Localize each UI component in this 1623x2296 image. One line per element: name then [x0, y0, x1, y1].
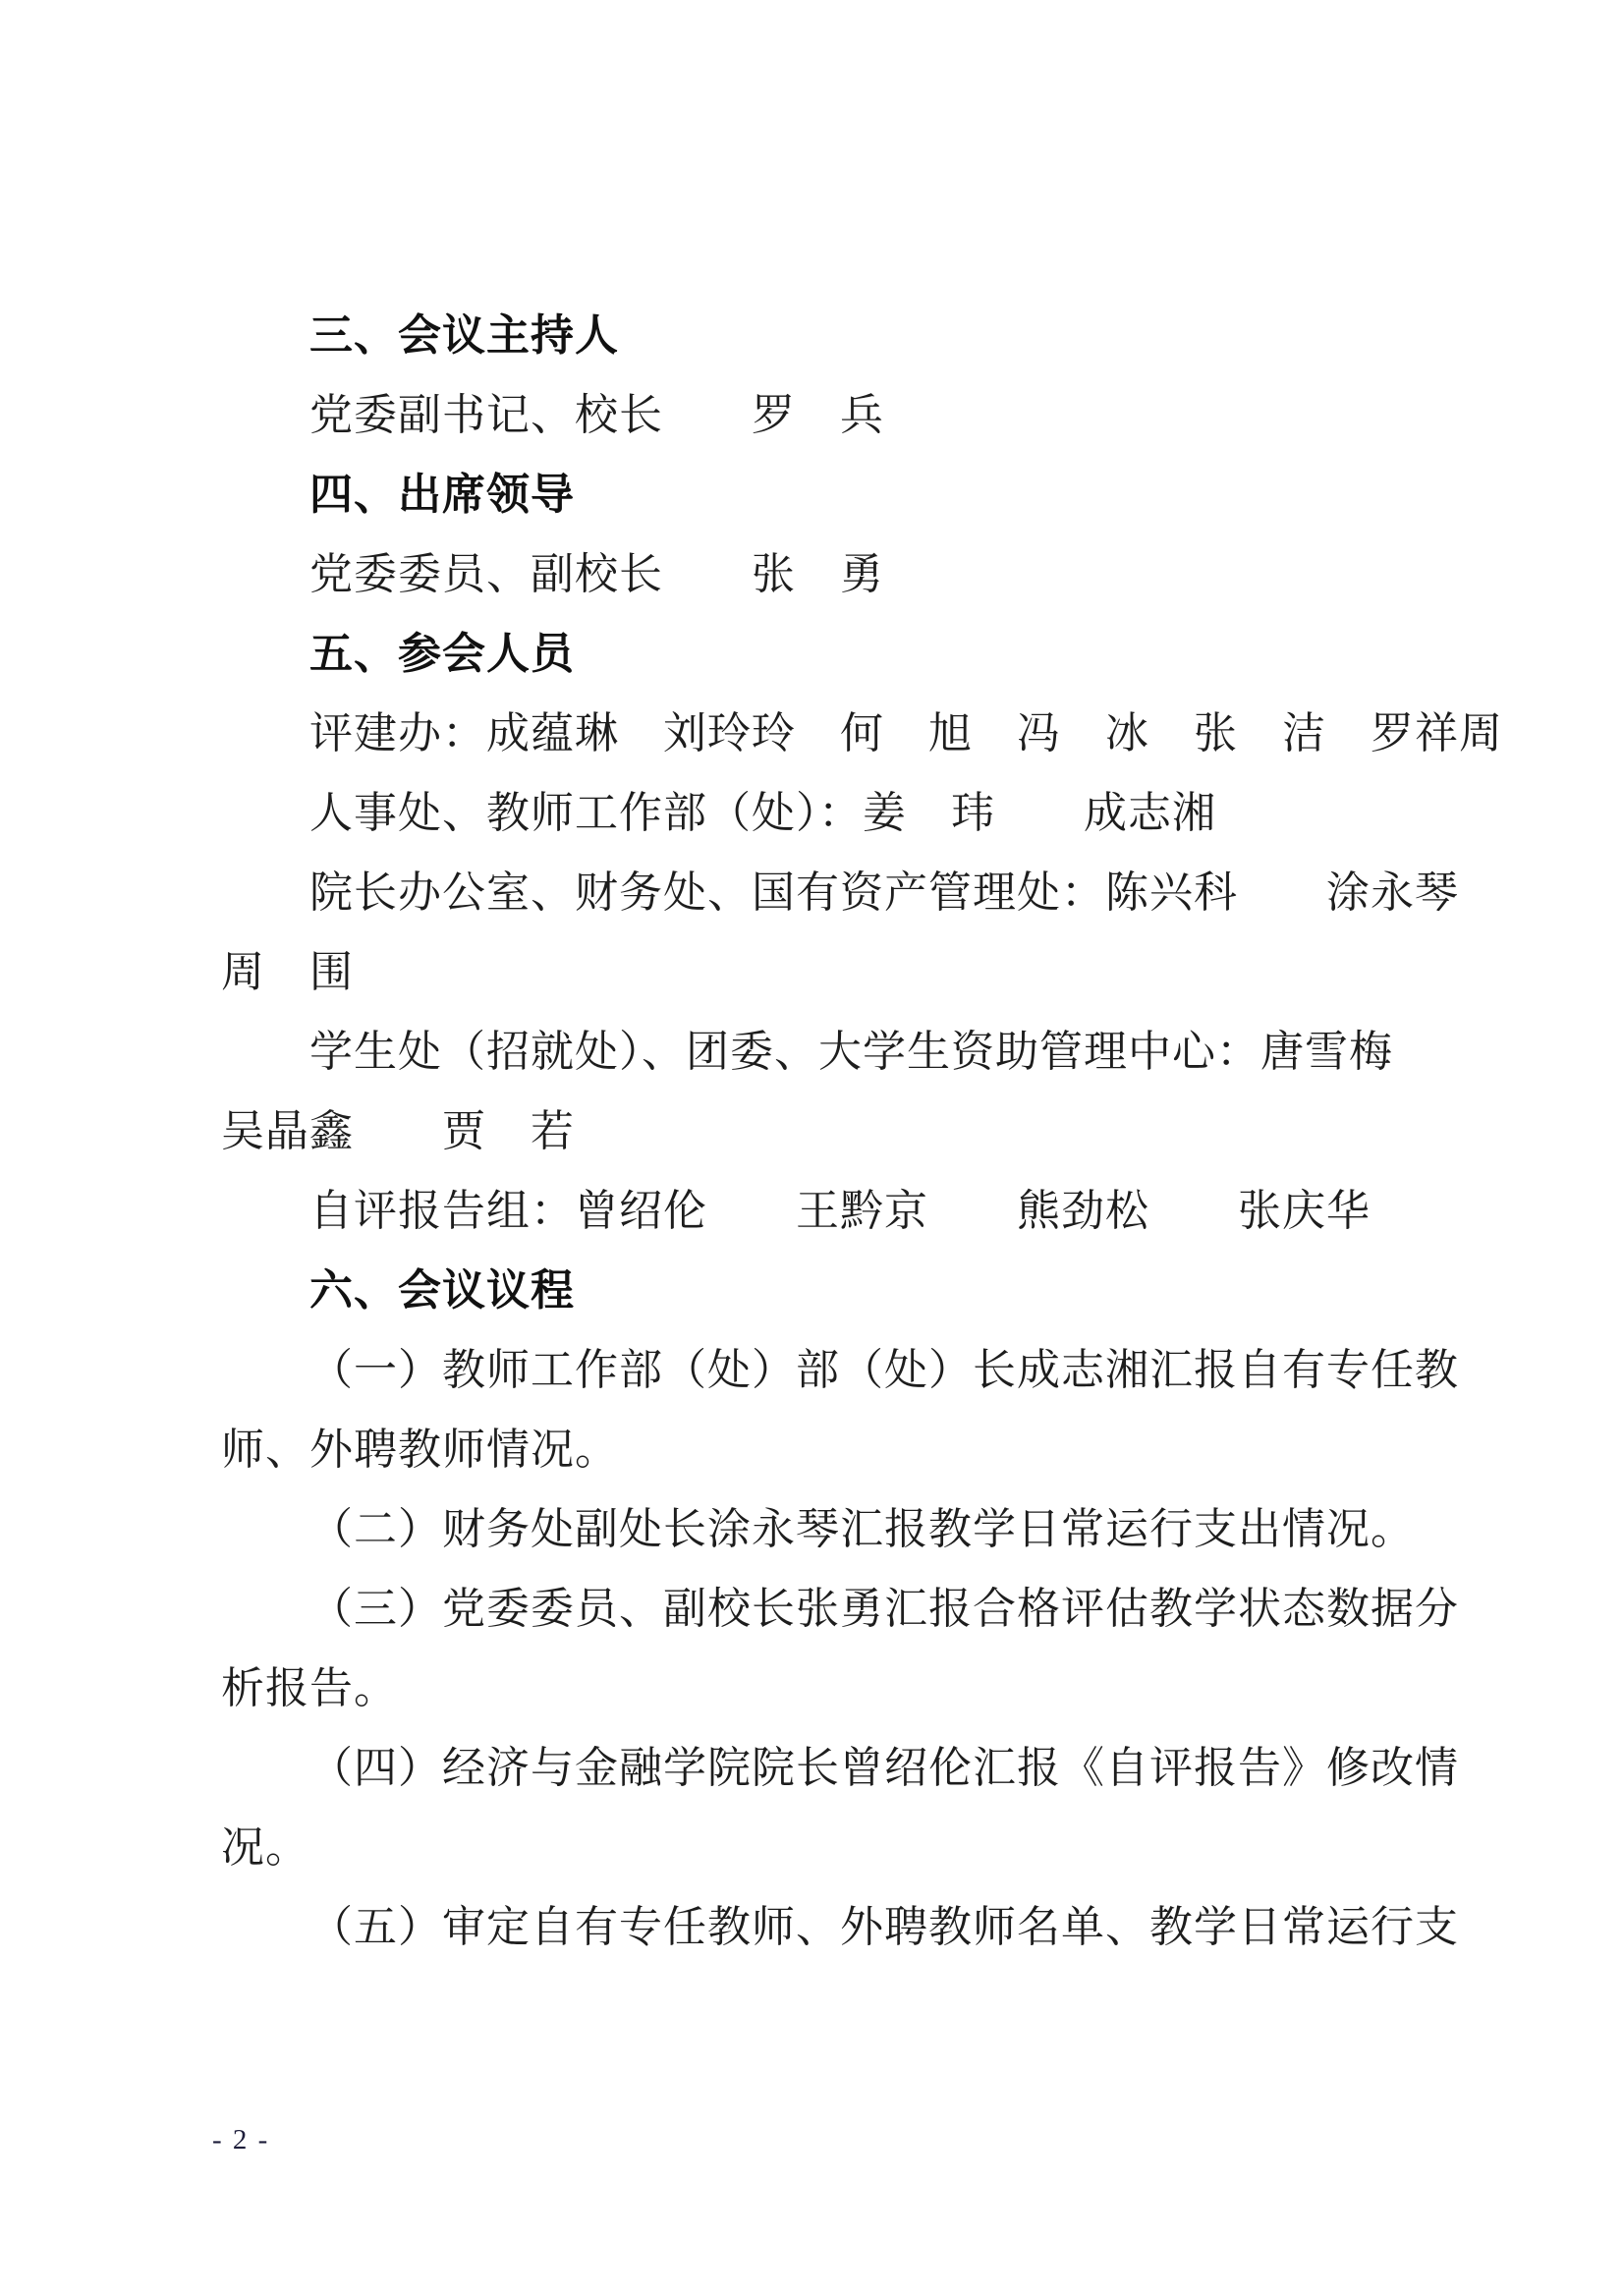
document-line: （五）审定自有专任教师、外聘教师名单、教学日常运行支: [221, 1882, 1468, 1962]
document-line: （三）党委委员、副校长张勇汇报合格评估教学状态数据分: [221, 1564, 1468, 1644]
document-line: 吴晶鑫 贾 若: [221, 1087, 1468, 1166]
document-line: 党委委员、副校长 张 勇: [221, 530, 1468, 609]
page-number: - 2 -: [212, 2124, 269, 2156]
document-line: 析报告。: [221, 1644, 1468, 1723]
document-line: （四）经济与金融学院院长曾绍伦汇报《自评报告》修改情: [221, 1723, 1468, 1803]
document-line: 况。: [221, 1803, 1468, 1882]
document-line: 周 围: [221, 927, 1468, 1007]
document-line: 院长办公室、财务处、国有资产管理处：陈兴科 涂永琴: [221, 848, 1468, 927]
document-line: 评建办：成蕴琳 刘玲玲 何 旭 冯 冰 张 洁 罗祥周: [221, 689, 1468, 768]
section-heading: 六、会议议程: [221, 1246, 1468, 1325]
document-line: 党委副书记、校长 罗 兵: [221, 370, 1468, 450]
document-page: 三、会议主持人党委副书记、校长 罗 兵四、出席领导党委委员、副校长 张 勇五、参…: [0, 0, 1623, 2296]
document-line: 学生处（招就处）、团委、大学生资助管理中心：唐雪梅: [221, 1007, 1468, 1087]
document-line: 人事处、教师工作部（处）：姜 玮 成志湘: [221, 768, 1468, 848]
section-heading: 五、参会人员: [221, 609, 1468, 689]
section-heading: 三、会议主持人: [221, 291, 1468, 370]
document-content: 三、会议主持人党委副书记、校长 罗 兵四、出席领导党委委员、副校长 张 勇五、参…: [221, 291, 1468, 1962]
document-line: 师、外聘教师情况。: [221, 1405, 1468, 1484]
document-line: （二）财务处副处长涂永琴汇报教学日常运行支出情况。: [221, 1484, 1468, 1564]
section-heading: 四、出席领导: [221, 450, 1468, 530]
document-line: 自评报告组：曾绍伦 王黔京 熊劲松 张庆华: [221, 1166, 1468, 1246]
document-line: （一）教师工作部（处）部（处）长成志湘汇报自有专任教: [221, 1325, 1468, 1405]
